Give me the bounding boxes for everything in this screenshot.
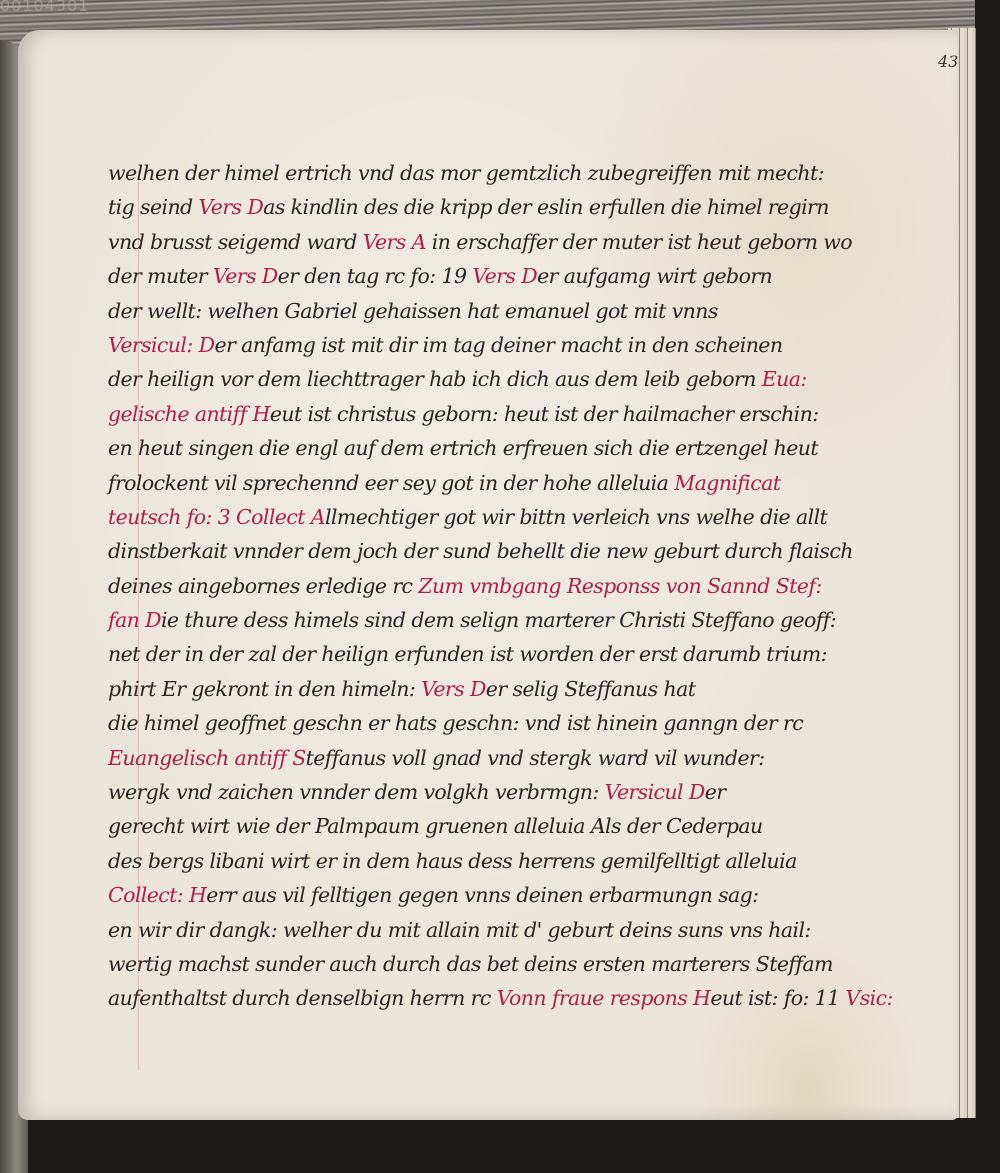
body-text: er anfamg ist mit dir im tag deiner mach… xyxy=(214,333,782,357)
rubric-text: Vers D xyxy=(198,195,263,219)
body-text: er selig Steffanus hat xyxy=(486,677,696,701)
text-line: die himel geoffnet geschn er hats geschn… xyxy=(108,706,838,740)
body-text: gerecht wirt wie der Palmpaum gruenen al… xyxy=(108,814,763,838)
body-text: vnd brusst seigemd ward xyxy=(108,230,363,254)
rubric-text: Zum vmbgang Responss von Sannd Stef: xyxy=(418,574,821,598)
body-text: er aufgamg wirt geborn xyxy=(537,264,772,288)
text-line: Versicul: Der anfamg ist mit dir im tag … xyxy=(108,328,838,362)
text-line: en heut singen die engl auf dem ertrich … xyxy=(108,431,838,465)
text-line: des bergs libani wirt er in dem haus des… xyxy=(108,844,838,878)
text-line: tig seind Vers Das kindlin des die kripp… xyxy=(108,190,838,224)
text-block: welhen der himel ertrich vnd das mor gem… xyxy=(108,156,838,1016)
body-text: teffanus voll gnad vnd stergk ward vil w… xyxy=(306,746,765,770)
body-text: llmechtiger got wir bittn verleich vns w… xyxy=(325,505,827,529)
text-line: aufenthaltst durch denselbign herrn rc V… xyxy=(108,981,838,1015)
text-line: deines aingebornes erledige rc Zum vmbga… xyxy=(108,569,838,603)
body-text: des bergs libani wirt er in dem haus des… xyxy=(108,849,797,873)
body-text: der wellt: welhen Gabriel gehaissen hat … xyxy=(108,299,718,323)
text-line: net der in der zal der heilign erfunden … xyxy=(108,637,838,671)
body-text: err aus vil felltigen gegen vnns deinen … xyxy=(206,883,758,907)
scan-id: 00104301 xyxy=(0,0,89,15)
body-text: tig seind xyxy=(108,195,198,219)
rubric-text: fan D xyxy=(108,608,161,632)
body-text: in erschaffer der muter ist heut geborn … xyxy=(426,230,852,254)
rubric-text: Versicul D xyxy=(605,780,705,804)
rubric-text: Vonn fraue respons H xyxy=(497,986,711,1010)
text-line: Euangelisch antiff Steffanus voll gnad v… xyxy=(108,741,838,775)
body-text: frolockent vil sprechennd eer sey got in… xyxy=(108,471,674,495)
body-text: die himel geoffnet geschn er hats geschn… xyxy=(108,711,803,735)
text-line: fan Die thure dess himels sind dem selig… xyxy=(108,603,838,637)
rubric-text: Vers A xyxy=(363,230,426,254)
rubric-text: Vers D xyxy=(421,677,486,701)
body-text: er den tag rc fo: 19 xyxy=(278,264,473,288)
text-line: frolockent vil sprechennd eer sey got in… xyxy=(108,466,838,500)
text-line: der wellt: welhen Gabriel gehaissen hat … xyxy=(108,294,838,328)
text-line: Collect: Herr aus vil felltigen gegen vn… xyxy=(108,878,838,912)
body-text: eut ist: fo: 11 xyxy=(710,986,845,1010)
rubric-text: Collect: H xyxy=(108,883,206,907)
body-text: der heilign vor dem liechttrager hab ich… xyxy=(108,367,762,391)
rubric-text: Vers D xyxy=(472,264,537,288)
body-text: ie thure dess himels sind dem selign mar… xyxy=(161,608,836,632)
rubric-text: teutsch fo: 3 Collect A xyxy=(108,505,325,529)
body-text: en heut singen die engl auf dem ertrich … xyxy=(108,436,818,460)
text-line: en wir dir dangk: welher du mit allain m… xyxy=(108,913,838,947)
body-text: phirt Er gekront in den himeln: xyxy=(108,677,421,701)
text-line: vnd brusst seigemd ward Vers A in erscha… xyxy=(108,225,838,259)
rubric-text: Magnificat xyxy=(674,471,780,495)
text-line: der muter Vers Der den tag rc fo: 19 Ver… xyxy=(108,259,838,293)
body-text: wergk vnd zaichen vnnder dem volgkh verb… xyxy=(108,780,605,804)
body-text: dinstberkait vnnder dem joch der sund be… xyxy=(108,539,853,563)
rubric-text: gelische antiff H xyxy=(108,402,270,426)
rubric-text: Eua: xyxy=(762,367,807,391)
text-line: welhen der himel ertrich vnd das mor gem… xyxy=(108,156,838,190)
body-text: er xyxy=(705,780,726,804)
body-text: aufenthaltst durch denselbign herrn rc xyxy=(108,986,497,1010)
body-text: net der in der zal der heilign erfunden … xyxy=(108,642,827,666)
text-line: dinstberkait vnnder dem joch der sund be… xyxy=(108,534,838,568)
body-text: eut ist christus geborn: heut ist der ha… xyxy=(270,402,819,426)
folio-number: 43 xyxy=(938,52,958,71)
text-line: wergk vnd zaichen vnnder dem volgkh verb… xyxy=(108,775,838,809)
body-text: welhen der himel ertrich vnd das mor gem… xyxy=(108,161,824,185)
rubric-text: Euangelisch antiff S xyxy=(108,746,306,770)
rubric-text: Vsic: xyxy=(846,986,893,1010)
rubric-text: Vers D xyxy=(213,264,278,288)
rubric-text: Versicul: D xyxy=(108,333,214,357)
body-text: deines aingebornes erledige rc xyxy=(108,574,418,598)
text-line: der heilign vor dem liechttrager hab ich… xyxy=(108,362,838,396)
text-line: gerecht wirt wie der Palmpaum gruenen al… xyxy=(108,809,838,843)
body-text: wertig machst sunder auch durch das bet … xyxy=(108,952,833,976)
text-line: wertig machst sunder auch durch das bet … xyxy=(108,947,838,981)
text-line: teutsch fo: 3 Collect Allmechtiger got w… xyxy=(108,500,838,534)
body-text: as kindlin des die kripp der eslin erful… xyxy=(263,195,829,219)
text-line: phirt Er gekront in den himeln: Vers Der… xyxy=(108,672,838,706)
body-text: der muter xyxy=(108,264,213,288)
text-line: gelische antiff Heut ist christus geborn… xyxy=(108,397,838,431)
body-text: en wir dir dangk: welher du mit allain m… xyxy=(108,918,811,942)
